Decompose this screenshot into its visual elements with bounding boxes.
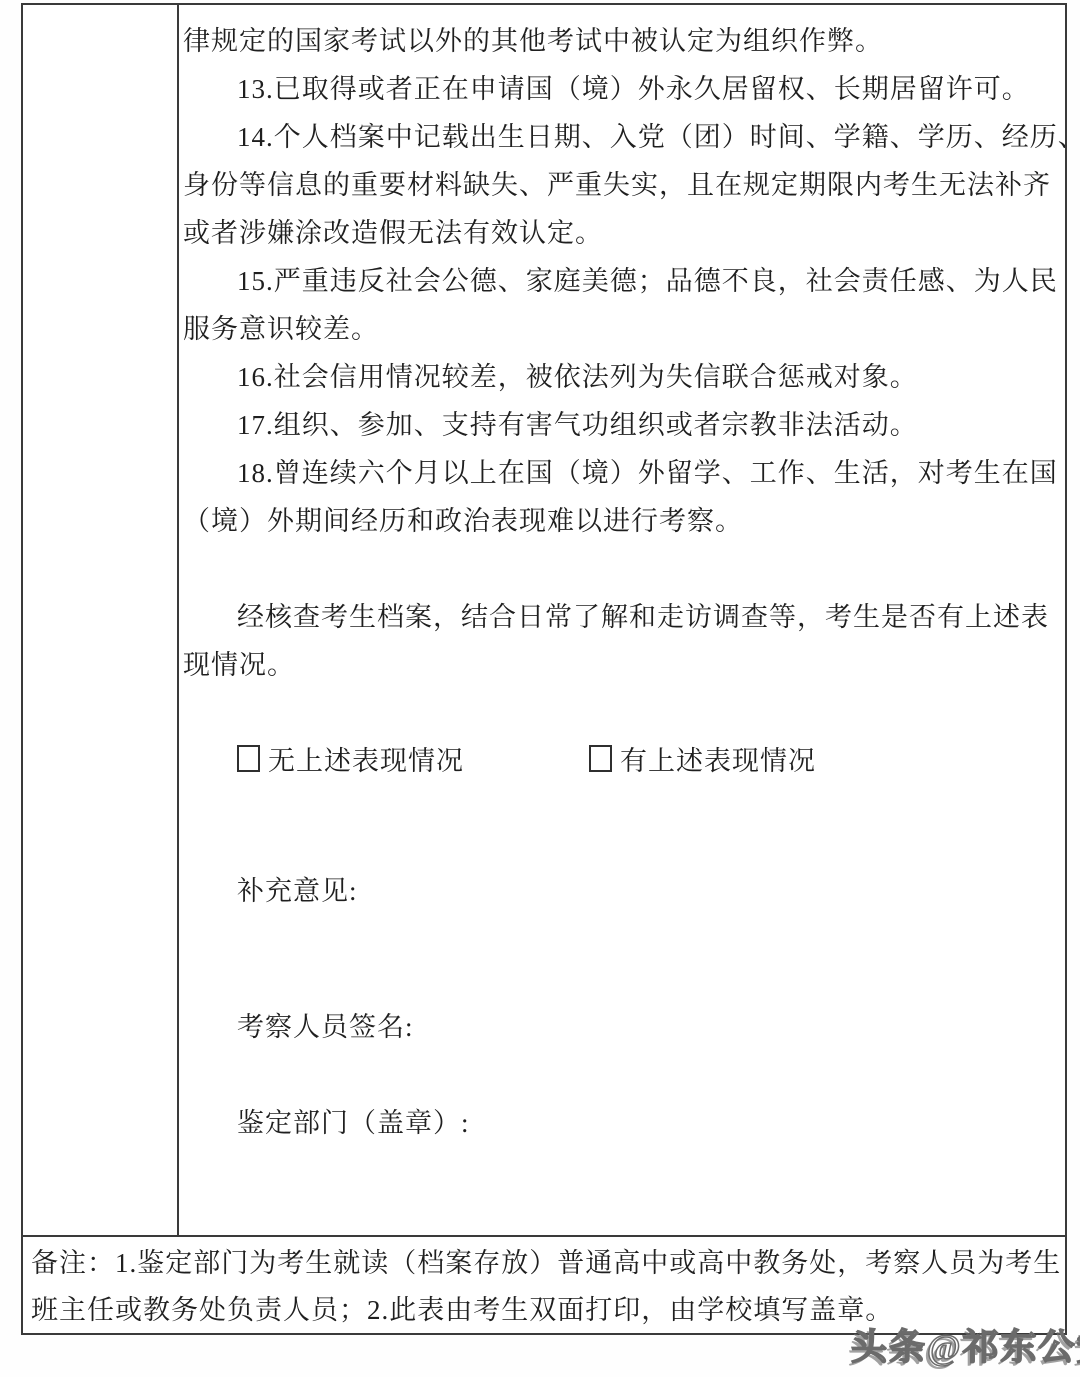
paragraph: 经核查考生档案，结合日常了解和走访调查等，考生是否有上述表现情况。 [183, 593, 1059, 689]
department-seal-label: 鉴定部门（盖章）: [183, 1099, 1059, 1147]
option-has-issues-label: 有上述表现情况 [620, 746, 816, 776]
paragraph-line: 服务意识较差。 [183, 305, 1059, 353]
supplement-opinion-label: 补充意见: [183, 867, 1059, 915]
content-cell: 律规定的国家考试以外的其他考试中被认定为组织作弊。13.已取得或者正在申请国（境… [179, 5, 1065, 1235]
paragraph-line: 14.个人档案中记载出生日期、入党（团）时间、学籍、学历、经历、 [183, 113, 1059, 161]
paragraph: 17.组织、参加、支持有害气功组织或者宗教非法活动。 [183, 401, 1059, 449]
examiner-signature-label: 考察人员签名: [183, 1003, 1059, 1051]
note-line-1: 备注：1.鉴定部门为考生就读（档案存放）普通高中或高中教务处，考察人员为考生 [31, 1240, 1057, 1287]
paragraph-line: 经核查考生档案，结合日常了解和走访调查等，考生是否有上述表 [183, 593, 1059, 641]
paragraph: 律规定的国家考试以外的其他考试中被认定为组织作弊。 [183, 17, 1059, 65]
body-paragraphs: 律规定的国家考试以外的其他考试中被认定为组织作弊。13.已取得或者正在申请国（境… [183, 17, 1059, 689]
checkbox-no-issues-icon[interactable] [237, 745, 260, 772]
paragraph-line: 身份等信息的重要材料缺失、严重失实，且在规定期限内考生无法补齐 [183, 161, 1059, 209]
paragraph-line: 现情况。 [183, 641, 1059, 689]
paragraph: 15.严重违反社会公德、家庭美德；品德不良，社会责任感、为人民服务意识较差。 [183, 257, 1059, 353]
paragraph-line: 18.曾连续六个月以上在国（境）外留学、工作、生活，对考生在国 [183, 449, 1059, 497]
category-cell-empty [23, 5, 179, 1235]
paragraph-line: 律规定的国家考试以外的其他考试中被认定为组织作弊。 [183, 17, 1059, 65]
paragraph: 14.个人档案中记载出生日期、入党（团）时间、学籍、学历、经历、身份等信息的重要… [183, 113, 1059, 257]
checkbox-has-issues-icon[interactable] [589, 745, 612, 772]
paragraph: 18.曾连续六个月以上在国（境）外留学、工作、生活，对考生在国（境）外期间经历和… [183, 449, 1059, 545]
options-row: 无上述表现情况 有上述表现情况 [183, 737, 1059, 785]
option-has-issues[interactable]: 有上述表现情况 [589, 737, 816, 785]
option-no-issues[interactable]: 无上述表现情况 [237, 737, 464, 785]
form-table: 律规定的国家考试以外的其他考试中被认定为组织作弊。13.已取得或者正在申请国（境… [21, 3, 1067, 1335]
paragraph-line: 或者涉嫌涂改造假无法有效认定。 [183, 209, 1059, 257]
paragraph-line: 13.已取得或者正在申请国（境）外永久居留权、长期居留许可。 [183, 65, 1059, 113]
paragraph-line: 15.严重违反社会公德、家庭美德；品德不良，社会责任感、为人民 [183, 257, 1059, 305]
paragraph-line: 16.社会信用情况较差，被依法列为失信联合惩戒对象。 [183, 353, 1059, 401]
form-body-row: 律规定的国家考试以外的其他考试中被认定为组织作弊。13.已取得或者正在申请国（境… [23, 5, 1065, 1235]
watermark-toutiao: 头条@祁东公安 [851, 1319, 1080, 1370]
paragraph-line: 17.组织、参加、支持有害气功组织或者宗教非法活动。 [183, 401, 1059, 449]
paragraph: 16.社会信用情况较差，被依法列为失信联合惩戒对象。 [183, 353, 1059, 401]
paragraph-line: （境）外期间经历和政治表现难以进行考察。 [183, 497, 1059, 545]
option-no-issues-label: 无上述表现情况 [268, 746, 464, 776]
paragraph: 13.已取得或者正在申请国（境）外永久居留权、长期居留许可。 [183, 65, 1059, 113]
